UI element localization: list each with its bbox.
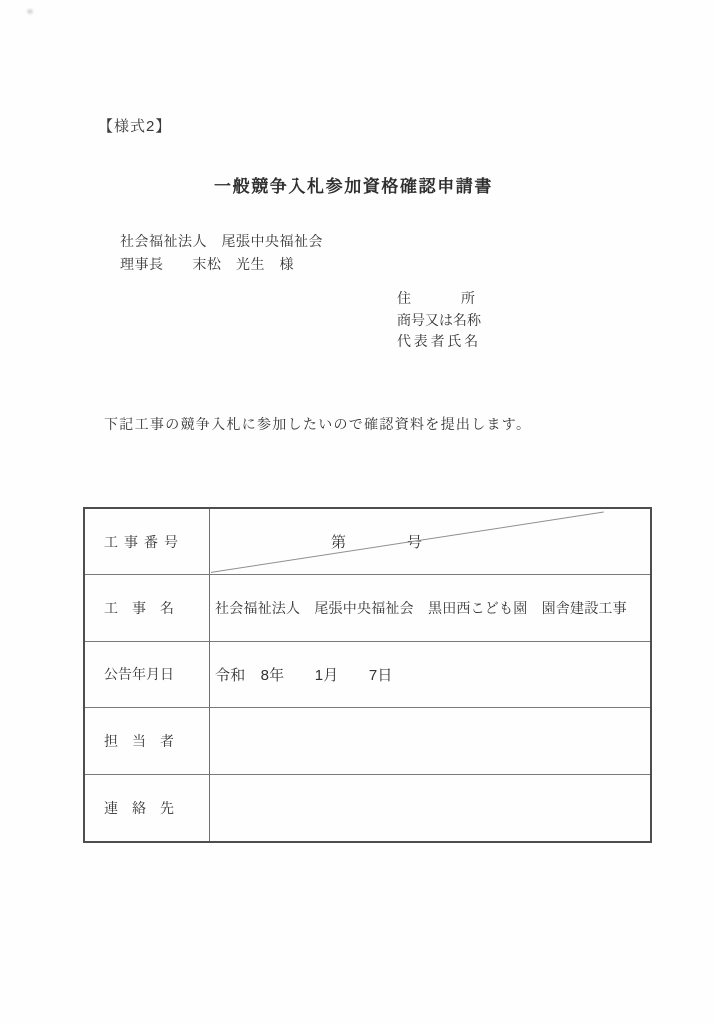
- statement-text: 下記工事の競争入札に参加したいので確認資料を提出します。: [104, 414, 531, 434]
- construction-name-label: 工 事 名: [85, 575, 210, 640]
- recipient-organization: 社会福祉法人 尾張中央福祉会: [120, 230, 323, 253]
- announcement-date-value: 令和 8年 1月 7日: [215, 664, 393, 685]
- diagonal-blank-line: [210, 509, 650, 574]
- construction-name-value: 社会福祉法人 尾張中央福祉会 黒田西こども園 園舎建設工事: [215, 598, 627, 618]
- table-row-construction-name: 工 事 名 社会福祉法人 尾張中央福祉会 黒田西こども園 園舎建設工事: [85, 575, 650, 641]
- contact-label: 連 絡 先: [85, 775, 210, 841]
- document-title: 一般競争入札参加資格確認申請書: [214, 172, 493, 197]
- scan-artifact: [27, 9, 33, 14]
- applicant-block: 住 所 商号又は名称 代表者氏名: [397, 288, 481, 353]
- project-info-table: 工事番号 第 号 工 事 名 社会福祉法人 尾張中央福祉会 黒田西こども園 園舎…: [83, 507, 652, 843]
- applicant-company-name-label: 商号又は名称: [397, 310, 481, 332]
- construction-number-label: 工事番号: [85, 509, 210, 574]
- applicant-address-label: 住 所: [397, 288, 481, 310]
- recipient-addressee: 理事長 末松 光生 様: [120, 253, 323, 276]
- person-in-charge-label: 担 当 者: [85, 708, 210, 773]
- recipient-block: 社会福祉法人 尾張中央福祉会 理事長 末松 光生 様: [120, 230, 323, 276]
- construction-number-value-cell: 第 号: [210, 509, 650, 574]
- table-row-contact: 連 絡 先: [85, 775, 650, 841]
- table-row-construction-number: 工事番号 第 号: [85, 509, 650, 575]
- document-page: 【様式2】 一般競争入札参加資格確認申請書 社会福祉法人 尾張中央福祉会 理事長…: [0, 0, 714, 1024]
- applicant-representative-label: 代表者氏名: [397, 331, 481, 353]
- table-row-announcement-date: 公告年月日 令和 8年 1月 7日: [85, 642, 650, 708]
- form-style-label: 【様式2】: [98, 115, 171, 136]
- table-row-person-in-charge: 担 当 者: [85, 708, 650, 774]
- announcement-date-label: 公告年月日: [85, 642, 210, 707]
